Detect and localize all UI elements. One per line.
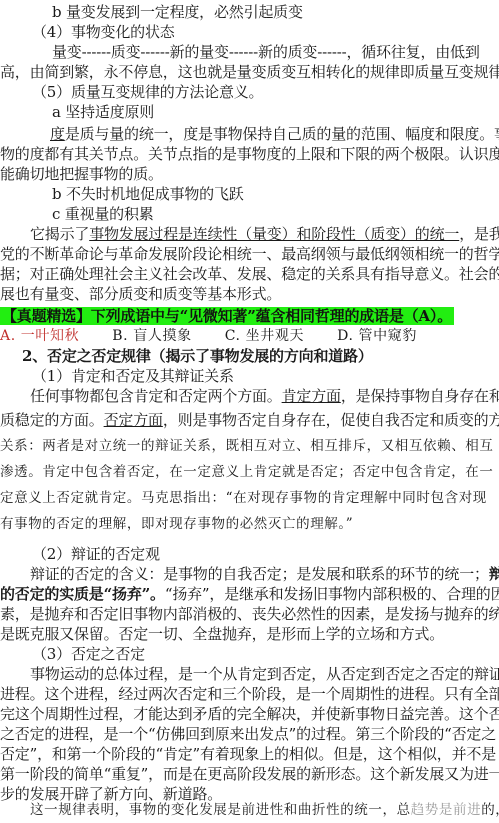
text-line: 有事物的否定的理解，即对现存事物的必然灭亡的理解。” bbox=[0, 514, 353, 534]
text-line: 之否定的进程，是一个“仿佛回到原来出发点”的过程。第三个阶段的“否定之 bbox=[0, 724, 496, 744]
text-span: 这一规律表明，事物的变化发展是前进性和曲折性的统一，总 bbox=[30, 802, 411, 818]
text-span: ，则是事物否定自身存在，促使自我否定和质变的方面。 bbox=[163, 411, 499, 429]
text-line: 党的不断革命论与革命发展阶段论相统一、最高纲领与最低纲领相统一的哲学依 bbox=[0, 244, 499, 264]
question-highlight: 【真题精选】下列成语中与“见微知著”蕴含相同哲理的成语是（A）。 bbox=[0, 306, 454, 326]
text-line: 任何事物都包含肯定和否定两个方面。肯定方面，是保持事物自身存在和性 bbox=[30, 386, 499, 406]
option-c: C. 坐井观天 bbox=[225, 326, 304, 346]
document-page: b 量变发展到一定程度，必然引起质变 （4）事物变化的状态 量变------质变… bbox=[0, 0, 499, 823]
text-line: 质稳定的方面。否定方面，则是事物否定自身存在，促使自我否定和质变的方面。 bbox=[0, 410, 499, 430]
section-heading: （4）事物变化的状态 bbox=[32, 22, 175, 42]
section-heading: 2、否定之否定规律（揭示了事物发展的方向和道路） bbox=[22, 346, 373, 366]
bold-text: 的否定的实质是“扬弃”。 bbox=[0, 585, 165, 603]
text-line: 否定”，和第一个阶段的“肯定”有着现象上的相似。但是，这个相似，并不是 bbox=[0, 744, 496, 764]
underlined-term: 否定方面 bbox=[104, 411, 163, 429]
text-span: 辩证的否定的含义：是事物的自我否定；是发展和联系的环节的统一； bbox=[30, 565, 489, 583]
text-line: b 不失时机地促成事物的飞跃 bbox=[52, 184, 244, 204]
option-b: B. 盲人摸象 bbox=[112, 326, 191, 346]
text-line: 的否定的实质是“扬弃”。“扬弃”，是继承和发扬旧事物内部积极的、合理的因 bbox=[0, 584, 499, 604]
text-span: 任何事物都包含肯定和否定两个方面。 bbox=[30, 387, 282, 405]
text-line: 度是质与量的统一，度是事物保持自己质的量的范围、幅度和限度。事 bbox=[50, 124, 499, 144]
section-heading: （2）辩证的否定观 bbox=[32, 544, 160, 564]
text-line: 它揭示了事物发展过程是连续性（量变）和阶段性（质变）的统一，是我们 bbox=[30, 224, 499, 244]
underlined-term: 度 bbox=[50, 125, 65, 143]
text-span: 是质与量的统一，度是事物保持自己质的量的范围、幅度和限度。事 bbox=[65, 125, 499, 143]
text-line: 关系：两者是对立统一的辩证关系，既相互对立、相互排斥，又相互依赖、相互 bbox=[0, 436, 494, 456]
text-line: 是既克服又保留。否定一切、全盘抛弃，是形而上学的立场和方式。 bbox=[0, 624, 444, 644]
text-span: 的， bbox=[481, 802, 499, 818]
underlined-term: 肯定方面 bbox=[282, 387, 341, 405]
section-heading: （3）否定之否定 bbox=[32, 644, 145, 664]
text-line: c 重视量的积累 bbox=[52, 204, 154, 224]
text-line: b 量变发展到一定程度，必然引起质变 bbox=[52, 2, 303, 22]
underlined-text: 事物发展过程是连续性（量变）和阶段性（质变）的统一 bbox=[89, 225, 459, 243]
text-line: 渗透。肯定中包含着否定，在一定意义上肯定就是否定；否定中包含肯定，在一 bbox=[0, 462, 494, 482]
text-line: a 坚持适度原则 bbox=[52, 102, 154, 122]
faded-text: 趋势是前进 bbox=[411, 802, 482, 818]
text-line: 能确切地把握事物的质。 bbox=[0, 164, 163, 184]
bold-text: 辩证 bbox=[489, 565, 499, 583]
text-line: 完这个周期性过程，才能达到矛盾的完全解决，并使新事物日益完善。这个否定 bbox=[0, 704, 499, 724]
text-span: ，是保持事物自身存在和性 bbox=[341, 387, 499, 405]
question-text: 【真题精选】下列成语中与“见微知著”蕴含相同哲理的成语是（A）。 bbox=[0, 307, 454, 325]
text-line: 第一阶段的简单“重复”，而是在更高阶段发展的新形态。这个新发展又为进一 bbox=[0, 764, 499, 784]
text-line: 素，是抛弃和否定旧事物内部消极的、丧失必然性的因素，是发扬与抛弃的统一， bbox=[0, 604, 499, 624]
text-line: 进程。这个进程，经过两次否定和三个阶段，是一个周期性的进程。只有全部走 bbox=[0, 684, 499, 704]
options-row: A. 一叶知秋 B. 盲人摸象 C. 坐井观天 D. 管中窥豹 bbox=[0, 326, 445, 346]
option-d: D. 管中窥豹 bbox=[337, 326, 417, 346]
text-line: 物的度都有其关节点。关节点指的是事物度的上限和下限的两个极限。认识度才 bbox=[0, 144, 499, 164]
text-line: 这一规律表明，事物的变化发展是前进性和曲折性的统一，总趋势是前进的， bbox=[30, 800, 499, 820]
text-span: “扬弃”，是继承和发扬旧事物内部积极的、合理的因 bbox=[165, 585, 499, 603]
text-line: 高，由简到繁，永不停息，这也就是量变质变互相转化的规律即质量互变规律 bbox=[0, 62, 499, 82]
text-line: 辩证的否定的含义：是事物的自我否定；是发展和联系的环节的统一；辩证 bbox=[30, 564, 499, 584]
text-line: 量变------质变------新的量变------新的质变------，循环往… bbox=[52, 42, 480, 62]
text-span: 它揭示了 bbox=[30, 225, 89, 243]
text-span: 质稳定的方面。 bbox=[0, 411, 104, 429]
text-line: 定意义上否定就肯定。马克思指出：“在对现存事物的肯定理解中同时包含对现 bbox=[0, 488, 487, 508]
text-line: 事物运动的总体过程，是一个从肯定到否定，从否定到否定之否定的辩证的 bbox=[30, 664, 499, 684]
section-heading: （5）质量互变规律的方法论意义。 bbox=[32, 82, 263, 102]
text-line: 展也有量变、部分质变和质变等基本形式。 bbox=[0, 284, 281, 304]
text-span: ，是我们 bbox=[459, 225, 499, 243]
text-line: 据；对正确处理社会主义社会改革、发展、稳定的关系具有指导意义。社会的发 bbox=[0, 264, 499, 284]
section-heading: （1）肯定和否定及其辩证关系 bbox=[32, 366, 234, 386]
option-a: A. 一叶知秋 bbox=[0, 326, 79, 346]
